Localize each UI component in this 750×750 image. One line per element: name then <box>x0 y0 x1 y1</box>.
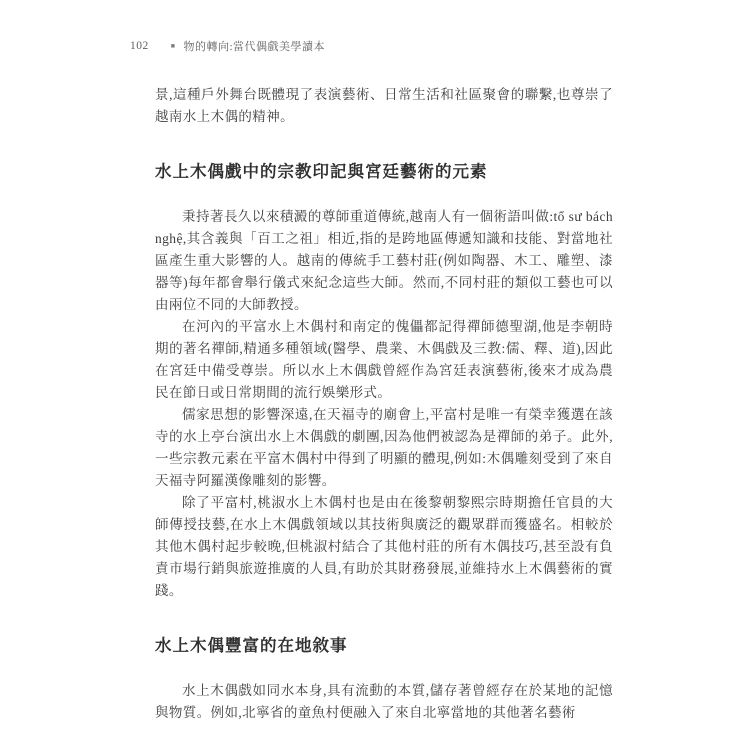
page-number: 102 <box>130 40 149 52</box>
body-paragraph: 在河內的平富水上木偶村和南定的傀儡都記得禪師德聖湖,他是李朝時期的著名禪師,精通… <box>155 316 613 404</box>
section-heading: 水上木偶豐富的在地敘事 <box>155 634 613 658</box>
body-paragraph: 水上木偶戲如同水本身,具有流動的本質,儲存著曾經存在於某地的記憶與物質。例如,北… <box>155 680 613 724</box>
book-title: 物的轉向:當代偶戲美學讀本 <box>183 38 325 54</box>
page-content: 景,這種戶外舞台既體現了表演藝術、日常生活和社區聚會的聯繫,也尊崇了越南水上木偶… <box>155 84 613 724</box>
body-paragraph: 儒家思想的影響深遠,在天福寺的廟會上,平富村是唯一有榮幸獲選在該寺的水上亭台演出… <box>155 404 613 492</box>
body-paragraph: 秉持著長久以來積澱的尊師重道傳統,越南人有一個術語叫做:tổ sư bách n… <box>155 206 613 316</box>
section-local-narratives: 水上木偶豐富的在地敘事 水上木偶戲如同水本身,具有流動的本質,儲存著曾經存在於某… <box>155 634 613 724</box>
section-heading: 水上木偶戲中的宗教印記與宮廷藝術的元素 <box>155 160 613 184</box>
body-paragraph-continuation: 景,這種戶外舞台既體現了表演藝術、日常生活和社區聚會的聯繫,也尊崇了越南水上木偶… <box>155 84 613 128</box>
square-bullet-icon: ■ <box>171 43 176 50</box>
section-religious-imprints: 水上木偶戲中的宗教印記與宮廷藝術的元素 秉持著長久以來積澱的尊師重道傳統,越南人… <box>155 160 613 602</box>
running-header: 102 ■ 物的轉向:當代偶戲美學讀本 <box>130 38 325 54</box>
body-paragraph: 除了平富村,桃淑水上木偶村也是由在後黎朝黎熙宗時期擔任官員的大師傳授技藝,在水上… <box>155 492 613 602</box>
book-page: 102 ■ 物的轉向:當代偶戲美學讀本 景,這種戶外舞台既體現了表演藝術、日常生… <box>0 0 750 750</box>
